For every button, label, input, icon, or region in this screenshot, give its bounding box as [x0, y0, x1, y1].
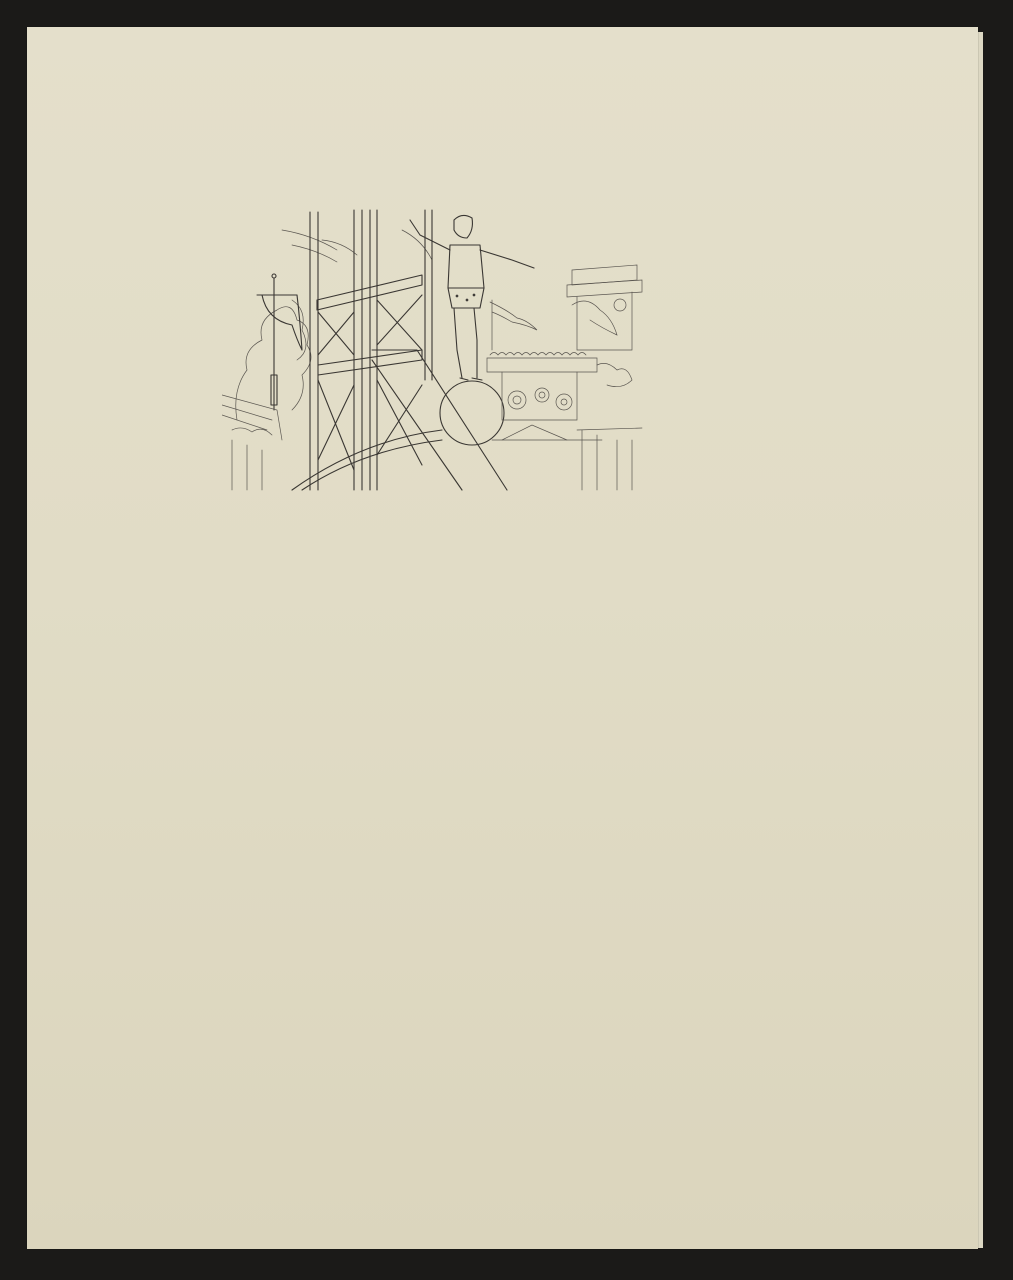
scaffold-tower: [292, 210, 442, 490]
flag-pole: [257, 274, 302, 410]
acrobat-figure: [410, 215, 534, 380]
drawing-canvas: [222, 200, 662, 500]
left-roofs: [222, 395, 282, 490]
ornate-building: [487, 353, 602, 441]
clouds: [282, 230, 432, 262]
pennant-flag: [490, 300, 537, 350]
ink-illustration: [222, 200, 662, 500]
right-building: [567, 265, 642, 490]
